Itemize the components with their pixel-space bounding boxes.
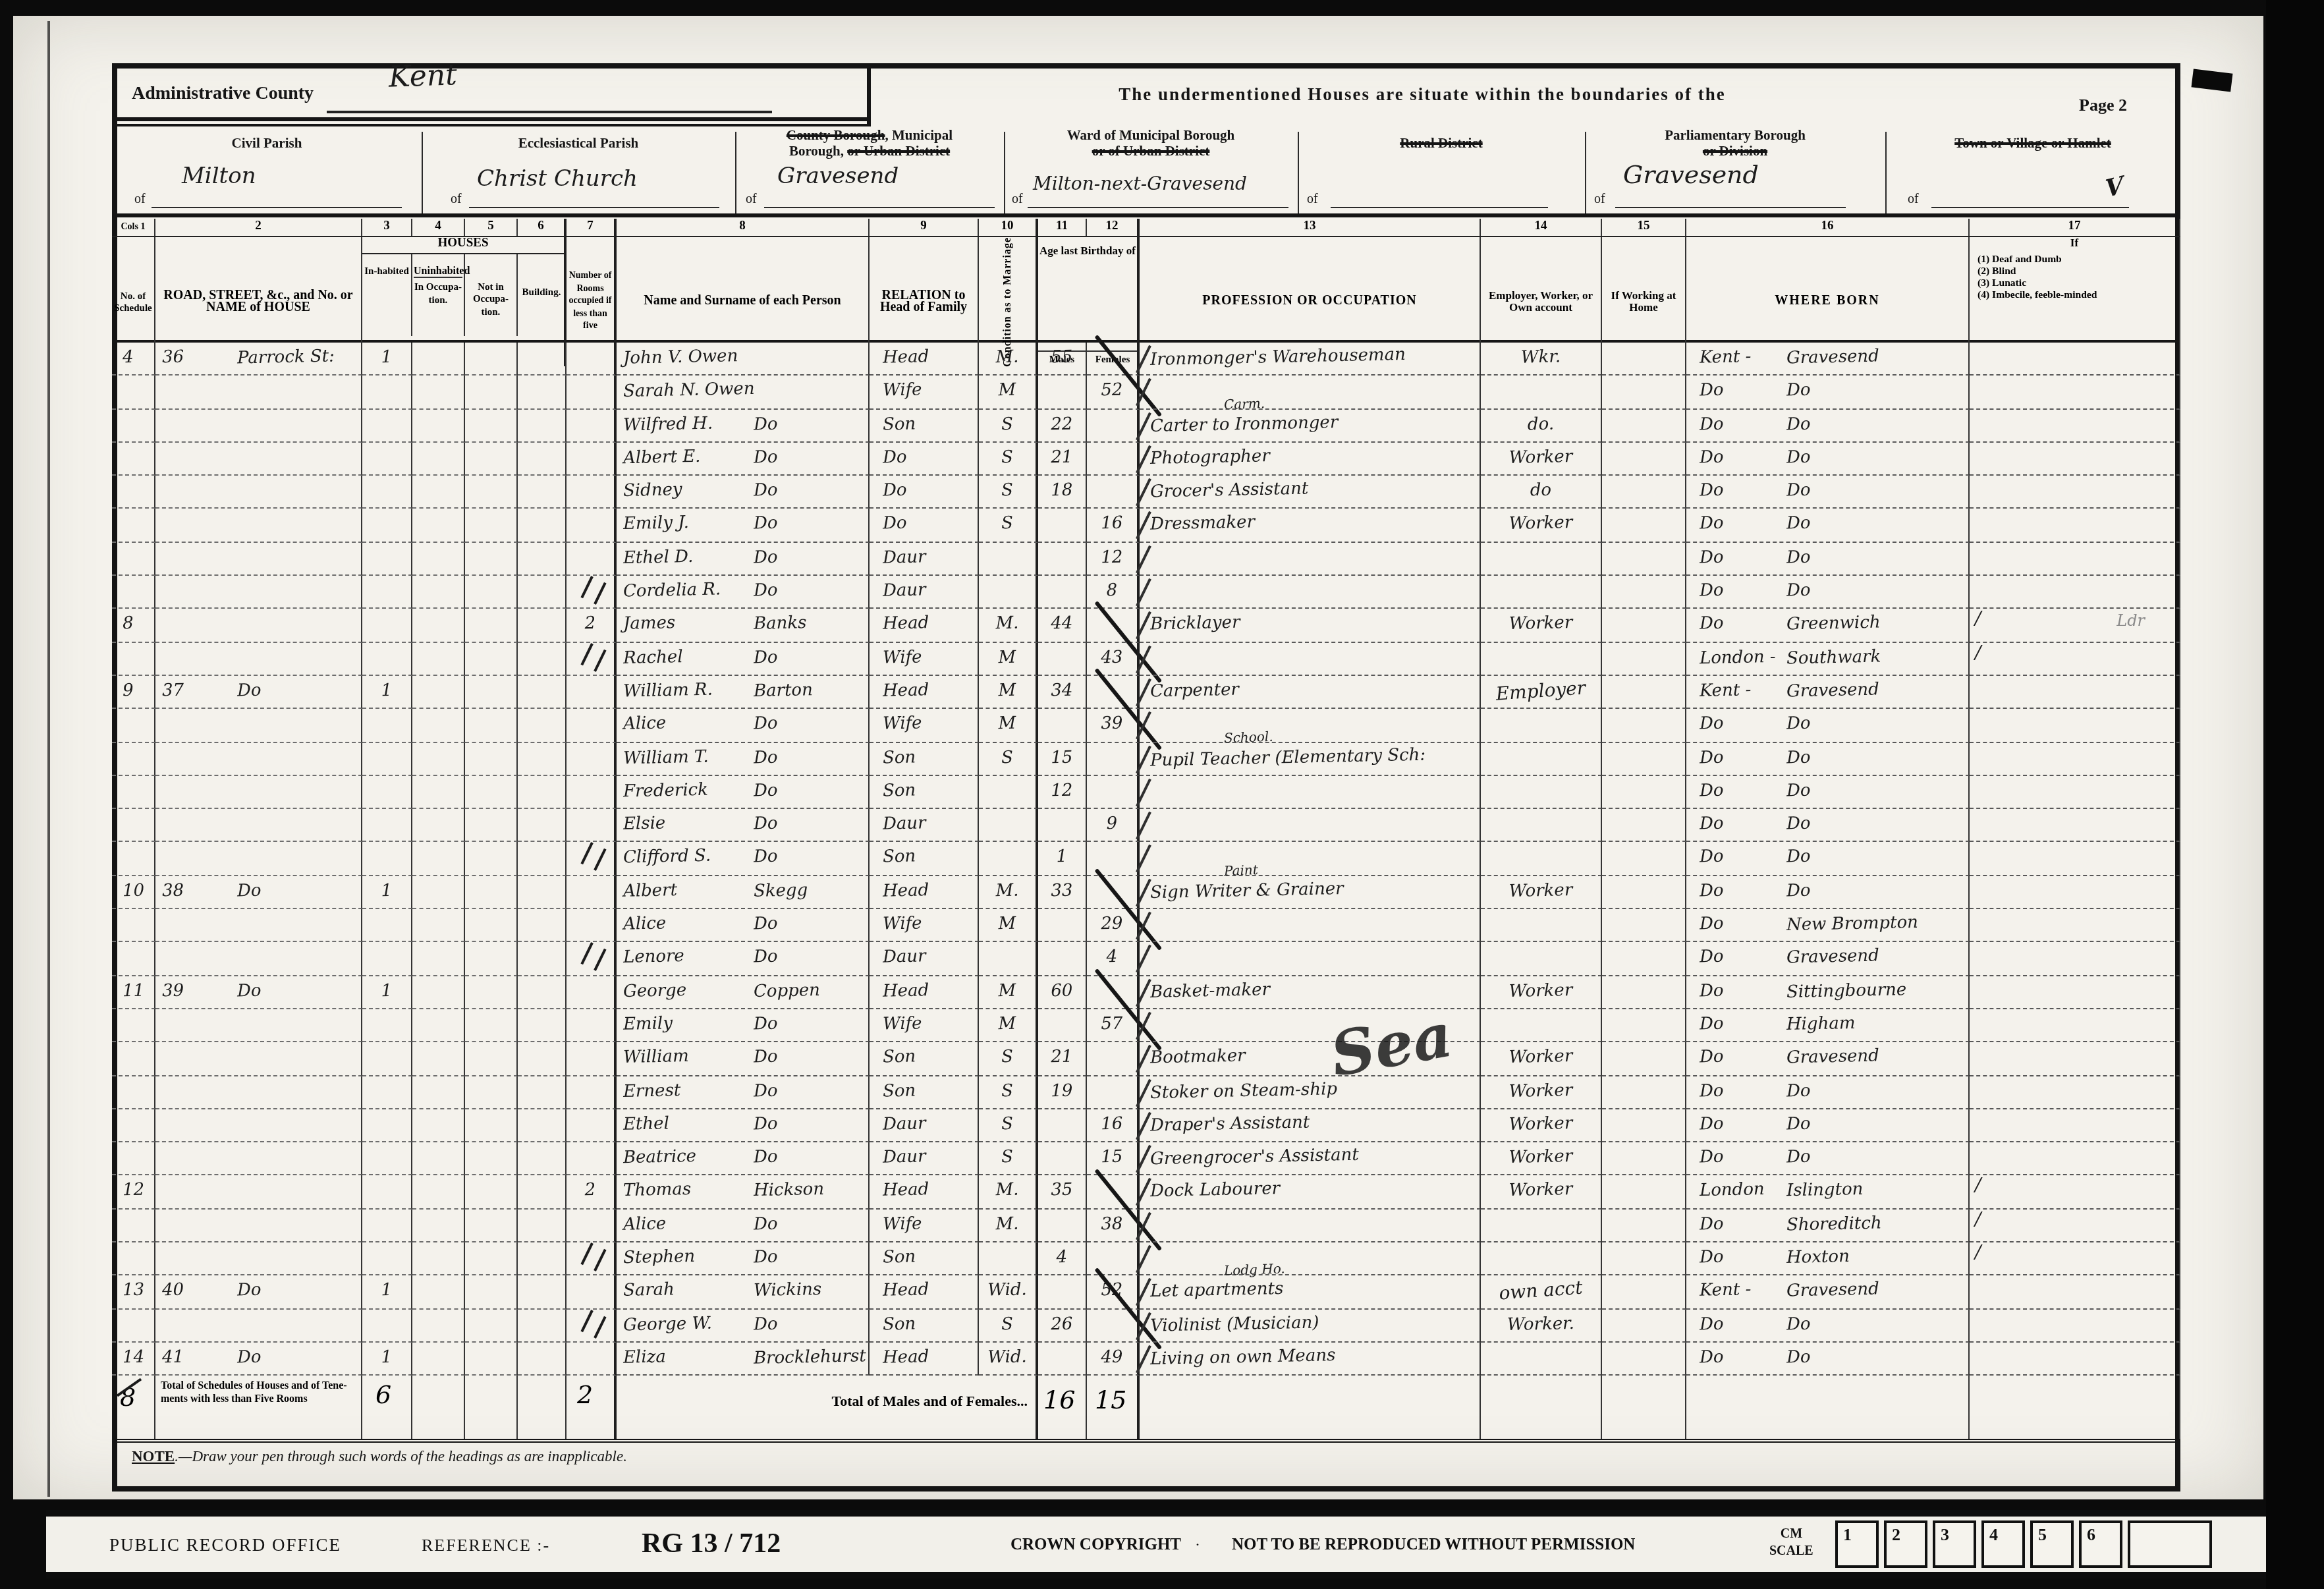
rooms-cell [567,443,617,476]
pro-reference-label: REFERENCE :- [422,1535,550,1556]
name-cell: ElsieDo [617,809,870,843]
name-cell: Ethel D.Do [617,543,870,576]
relation-cell: Daur [870,1109,979,1143]
totals-schedules-cell: 8 [112,1376,155,1439]
in-occupation-cell [412,1242,465,1276]
schedule-cell [112,843,155,876]
working-home-cell [1602,776,1686,810]
inhabited-cell [362,576,412,609]
address-cell [155,1309,362,1343]
schedule-cell [112,742,155,776]
pro-copyright: CROWN COPYRIGHT [1010,1535,1181,1555]
rooms-cell [567,843,617,876]
inhabited-cell [362,742,412,776]
building-cell [518,976,567,1009]
condition-cell: M [979,1009,1038,1043]
not-in-occupation-cell [465,376,518,410]
building-cell [518,1242,567,1276]
column-number: Cols 1 [112,219,155,236]
in-occupation-cell [412,1109,465,1143]
inhabited-cell: 1 [362,1343,412,1376]
condition-cell [979,1242,1038,1276]
working-home-cell [1602,676,1686,710]
building-cell [518,943,567,976]
address-cell: 36Parrock St: [155,343,362,376]
divider [867,66,871,126]
table-row: 8 2 JamesBanks Head M. 44 Bricklayer Wor… [112,609,2180,643]
employer-cell: own acct [1481,1276,1602,1310]
infirmities-cell: / [1970,1209,2180,1242]
schedule-cell [112,710,155,743]
relation-cell: Daur [870,1142,979,1176]
in-occupation-cell [412,476,465,509]
column-number: 3 [362,219,412,236]
employer-cell: Worker [1481,1076,1602,1109]
not-in-occupation-cell [465,1309,518,1343]
check-slash: / [1975,1242,1981,1264]
table-row: Ethel D.Do Daur 12 DoDo [112,543,2180,576]
inhabited-cell [362,1009,412,1043]
not-in-occupation-cell [465,1042,518,1076]
infirmities-cell [1970,876,2180,910]
check-slash: / [1975,1176,1981,1197]
underline [1028,207,1288,208]
working-home-cell [1602,1309,1686,1343]
inhabited-cell [362,443,412,476]
table-row: ErnestDo Son S 19 Stoker on Steam-ship W… [112,1076,2180,1109]
address-cell [155,1176,362,1210]
not-in-occupation-cell [465,1176,518,1210]
relation-cell: Head [870,1343,979,1376]
col-head-building: Building. [518,254,565,335]
column-number: 17 [1970,219,2180,236]
borough-label: County Borough, MunicipalBorough, or Urb… [735,129,1004,161]
civil-parish-value: Milton [182,163,256,190]
where-born-cell: DoDo [1686,576,1970,609]
inhabited-cell [362,1242,412,1276]
occupation-superscript: Paint [1224,864,1259,879]
infirmities-cell [1970,1042,2180,1076]
condition-cell: M [979,642,1038,676]
employer-cell [1481,1209,1602,1242]
age-male-cell [1038,1276,1087,1310]
relation-cell: Son [870,1076,979,1109]
rooms-cell [567,943,617,976]
relation-cell: Head [870,1176,979,1210]
underline [1931,207,2129,208]
occupation-cell: Greengrocer's Assistant [1140,1142,1481,1176]
working-home-cell [1602,443,1686,476]
working-home-cell [1602,543,1686,576]
of-label: of [1307,192,1318,207]
working-home-cell [1602,1009,1686,1043]
infirmities-cell [1970,543,2180,576]
pro-office: PUBLIC RECORD OFFICE [109,1535,341,1556]
working-home-cell [1602,1076,1686,1109]
table-row: 12 2 ThomasHickson Head M. 35 Dock Labou… [112,1176,2180,1210]
inf-item: (4) Imbecile, feeble-minded [1978,288,2179,300]
condition-cell [979,843,1038,876]
relation-cell: Wife [870,1009,979,1043]
double-slash-mark [580,1309,606,1338]
not-in-occupation-cell [465,443,518,476]
working-home-cell [1602,809,1686,843]
table-row: ElsieDo Daur 9 DoDo [112,809,2180,843]
column-number: 10 [979,219,1038,236]
inhabited-cell [362,710,412,743]
double-slash-mark [580,642,606,671]
not-in-occupation-cell [465,1209,518,1242]
relation-cell: Do [870,443,979,476]
of-label: of [1012,192,1023,207]
not-in-occupation-cell [465,642,518,676]
condition-cell: M [979,676,1038,710]
inhabited-cell [362,1042,412,1076]
infirmities-cell [1970,476,2180,509]
table-row: BeatriceDo Daur S 15 Greengrocer's Assis… [112,1142,2180,1176]
of-label: of [746,192,757,207]
totals-males-value: 16 [1043,1386,1075,1415]
building-cell [518,1109,567,1143]
employer-cell: Worker [1481,976,1602,1009]
double-slash-mark [580,843,606,872]
age-male-cell: 55 [1038,343,1087,376]
column-number: 14 [1481,219,1602,236]
age-male-cell: 44 [1038,609,1087,643]
employer-cell: Worker [1481,609,1602,643]
condition-cell: S [979,1076,1038,1109]
relation-cell: Daur [870,809,979,843]
in-occupation-cell [412,909,465,943]
col-head-in-occupation: UninhabitedIn Occupa- tion. [412,254,465,335]
relation-cell: Son [870,409,979,443]
double-slash-mark [580,576,606,605]
condition-cell [979,943,1038,976]
schedule-cell [112,776,155,810]
age-female-cell: 52 [1087,376,1140,410]
address-cell [155,1242,362,1276]
not-in-occupation-cell [465,776,518,810]
infirmities-cell: /Ldr [1970,609,2180,643]
occupation-cell [1140,1242,1481,1276]
occupation-cell: Carter to IronmongerCarm. [1140,409,1481,443]
employer-cell: Worker [1481,1142,1602,1176]
age-female-cell [1087,1309,1140,1343]
census-table: Cols 1234567891011121314151617 No. of Sc… [112,219,2180,1443]
schedule-cell: 9 [112,676,155,710]
note-word: NOTE [132,1449,175,1465]
where-born-cell: DoSittingbourne [1686,976,1970,1009]
rooms-cell [567,1142,617,1176]
condition-cell: S [979,1142,1038,1176]
where-born-cell: DoHoxton [1686,1242,1970,1276]
age-male-cell [1038,1209,1087,1242]
employer-cell: Worker [1481,876,1602,910]
rooms-cell [567,742,617,776]
relation-cell: Son [870,1242,979,1276]
working-home-cell [1602,1142,1686,1176]
age-female-cell: 57 [1087,1009,1140,1043]
building-cell [518,776,567,810]
not-in-occupation-cell [465,809,518,843]
age-male-cell: 60 [1038,976,1087,1009]
footnote: NOTE.—Draw your pen through such words o… [132,1449,627,1465]
relation-cell: Head [870,609,979,643]
employer-cell: Employer [1481,676,1602,710]
in-occupation-cell [412,710,465,743]
table-row: Cordelia R.Do Daur 8 DoDo [112,576,2180,609]
address-cell: 38Do [155,876,362,910]
age-male-cell [1038,1109,1087,1143]
name-cell: FrederickDo [617,776,870,810]
infirmities-cell [1970,710,2180,743]
underline [469,207,719,208]
in-occupation-cell [412,676,465,710]
name-cell: AliceDo [617,710,870,743]
in-occupation-cell [412,809,465,843]
age-male-cell: 21 [1038,443,1087,476]
eccl-parish-value: Christ Church [477,166,638,192]
schedule-cell: 10 [112,876,155,910]
name-cell: EmilyDo [617,1009,870,1043]
where-born-cell: DoDo [1686,843,1970,876]
not-in-occupation-cell [465,1076,518,1109]
schedule-cell [112,642,155,676]
schedule-cell [112,1042,155,1076]
rooms-cell [567,676,617,710]
working-home-cell [1602,376,1686,410]
ruler-cell: 5 [2030,1520,2074,1568]
address-cell: 37Do [155,676,362,710]
column-number: 16 [1686,219,1970,236]
in-occupation-cell [412,1042,465,1076]
age-male-cell: 35 [1038,1176,1087,1210]
occupation-cell: Dressmaker [1140,509,1481,543]
infirmities-cell: / [1970,642,2180,676]
where-born-cell: DoNew Brompton [1686,909,1970,943]
address-cell [155,1076,362,1109]
age-male-cell [1038,1343,1087,1376]
cm-ruler: 123456 [1835,1520,2217,1568]
inhabited-cell [362,1109,412,1143]
not-in-occupation-cell [465,1009,518,1043]
table-row: 9 37Do 1 William R.Barton Head M 34 Carp… [112,676,2180,710]
not-in-occupation-cell [465,943,518,976]
infirmities-cell [1970,509,2180,543]
relation-cell: Son [870,1042,979,1076]
building-cell [518,1209,567,1242]
column-numbers-row: Cols 1234567891011121314151617 [112,219,2180,237]
inhabited-cell [362,543,412,576]
name-cell: SidneyDo [617,476,870,509]
name-cell: Albert E.Do [617,443,870,476]
condition-cell: S [979,1042,1038,1076]
label-text: , Municipal [885,129,953,144]
condition-cell: M. [979,343,1038,376]
address-cell [155,843,362,876]
name-cell: BeatriceDo [617,1142,870,1176]
employer-cell [1481,576,1602,609]
occupation-cell: Draper's Assistant [1140,1109,1481,1143]
inhabited-cell [362,409,412,443]
employer-cell: Worker [1481,509,1602,543]
name-cell: Cordelia R.Do [617,576,870,609]
infirmities-cell [1970,1009,2180,1043]
check-slash: / [1975,609,1981,630]
inhabited-cell: 1 [362,976,412,1009]
working-home-cell [1602,742,1686,776]
rooms-cell [567,909,617,943]
dot-separator: · [1195,1535,1200,1555]
address-cell [155,909,362,943]
ruler-cell: 3 [1933,1520,1976,1568]
address-cell [155,776,362,810]
schedule-cell [112,809,155,843]
name-cell: William T.Do [617,742,870,776]
infirmities-cell [1970,742,2180,776]
address-cell: 41Do [155,1343,362,1376]
table-row: EmilyDo Wife M 57 DoHigham [112,1009,2180,1043]
working-home-cell [1602,1176,1686,1210]
schedule-cell [112,576,155,609]
pro-notice: NOT TO BE REPRODUCED WITHOUT PERMISSION [1232,1535,1635,1555]
label-text: In Occupa- tion. [414,281,462,305]
in-occupation-cell [412,1176,465,1210]
inhabited-cell [362,1309,412,1343]
working-home-cell [1602,343,1686,376]
rooms-cell [567,1042,617,1076]
address-cell [155,1109,362,1143]
table-row: FrederickDo Son 12 DoDo [112,776,2180,810]
table-row: Sarah N. Owen Wife M 52 DoDo [112,376,2180,410]
where-born-cell: DoDo [1686,1309,1970,1343]
building-cell [518,609,567,643]
rule [112,213,2180,217]
working-home-cell [1602,609,1686,643]
table-row: 13 40Do 1 SarahWickins Head Wid. 52 Let … [112,1276,2180,1310]
schedule-cell [112,509,155,543]
infirmities-cell [1970,443,2180,476]
address-cell [155,1209,362,1242]
empty-cell [1140,1376,1481,1439]
double-slash-mark [580,1242,606,1271]
in-occupation-cell [412,609,465,643]
ruler-cell-empty [2128,1520,2212,1568]
not-in-occupation-cell [465,976,518,1009]
in-occupation-cell [412,1076,465,1109]
empty-cell [412,1376,465,1439]
address-cell [155,742,362,776]
not-in-occupation-cell [465,1276,518,1310]
infirmities-cell [1970,809,2180,843]
rooms-cell [567,876,617,910]
ward-label: Ward of Municipal Boroughor of Urban Dis… [1004,129,1298,161]
building-cell [518,509,567,543]
employer-cell [1481,1242,1602,1276]
inhabited-cell [362,376,412,410]
age-female-cell [1087,776,1140,810]
rooms-cell [567,809,617,843]
relation-cell: Son [870,1309,979,1343]
schedule-cell [112,1109,155,1143]
infirmities-cell [1970,1142,2180,1176]
relation-cell: Son [870,843,979,876]
table-row: 14 41Do 1 ElizaBrocklehurst Head Wid. 49… [112,1343,2180,1376]
inhabited-cell: 1 [362,676,412,710]
occupation-cell: Grocer's Assistant [1140,476,1481,509]
infirmities-cell [1970,1343,2180,1376]
in-occupation-cell [412,843,465,876]
label-text: Parliamentary Borough [1665,129,1806,144]
working-home-cell [1602,476,1686,509]
struck-text: or Urban District [847,145,950,159]
building-cell [518,1076,567,1109]
building-cell [518,1343,567,1376]
occupation-cell: Dock Labourer [1140,1176,1481,1210]
inf-list: (1) Deaf and Dumb (2) Blind (3) Lunatic … [1970,250,2179,300]
schedule-cell [112,1142,155,1176]
rule [112,117,870,121]
inhabited-cell: 1 [362,876,412,910]
address-cell [155,443,362,476]
table-row: LenoreDo Daur 4 DoGravesend [112,943,2180,976]
not-in-occupation-cell [465,543,518,576]
name-cell: ErnestDo [617,1076,870,1109]
table-row: Wilfred H.Do Son S 22 Carter to Ironmong… [112,409,2180,443]
age-female-cell [1087,443,1140,476]
relation-cell: Head [870,876,979,910]
admin-county-label: Administrative County [132,84,314,105]
admin-county-value: Kent [388,59,457,95]
relation-cell: Wife [870,1209,979,1242]
age-female-cell: 16 [1087,1109,1140,1143]
age-male-cell: 1 [1038,843,1087,876]
column-number: 5 [465,219,518,236]
occupation-cell [1140,376,1481,410]
where-born-cell: DoShoreditch [1686,1209,1970,1242]
eccl-parish-label: Ecclesiastical Parish [422,137,735,153]
where-born-cell: DoDo [1686,776,1970,810]
employer-cell [1481,776,1602,810]
schedule-cell [112,476,155,509]
underline [1615,207,1846,208]
where-born-cell: DoGravesend [1686,943,1970,976]
name-cell: John V. Owen [617,343,870,376]
occupation-cell [1140,776,1481,810]
age-female-cell: 12 [1087,543,1140,576]
rooms-cell: 2 [567,609,617,643]
condition-cell: Wid. [979,1343,1038,1376]
age-female-cell: 39 [1087,710,1140,743]
age-male-cell [1038,1009,1087,1043]
column-number: 15 [1602,219,1686,236]
working-home-cell [1602,576,1686,609]
infirmities-cell [1970,909,2180,943]
pencil-annotation: Ldr [2116,612,2145,630]
rooms-cell [567,1343,617,1376]
where-born-cell: London -Southwark [1686,642,1970,676]
age-female-cell [1087,1076,1140,1109]
occupation-cell: Pupil Teacher (Elementary Sch:School. [1140,742,1481,776]
in-occupation-cell [412,1309,465,1343]
table-row: William T.Do Son S 15 Pupil Teacher (Ele… [112,742,2180,776]
condition-cell: S [979,1309,1038,1343]
building-cell [518,443,567,476]
inhabited-cell [362,1209,412,1242]
in-occupation-cell [412,1276,465,1310]
not-in-occupation-cell [465,676,518,710]
totals-mf-label: Total of Males and of Females... [832,1394,1028,1410]
